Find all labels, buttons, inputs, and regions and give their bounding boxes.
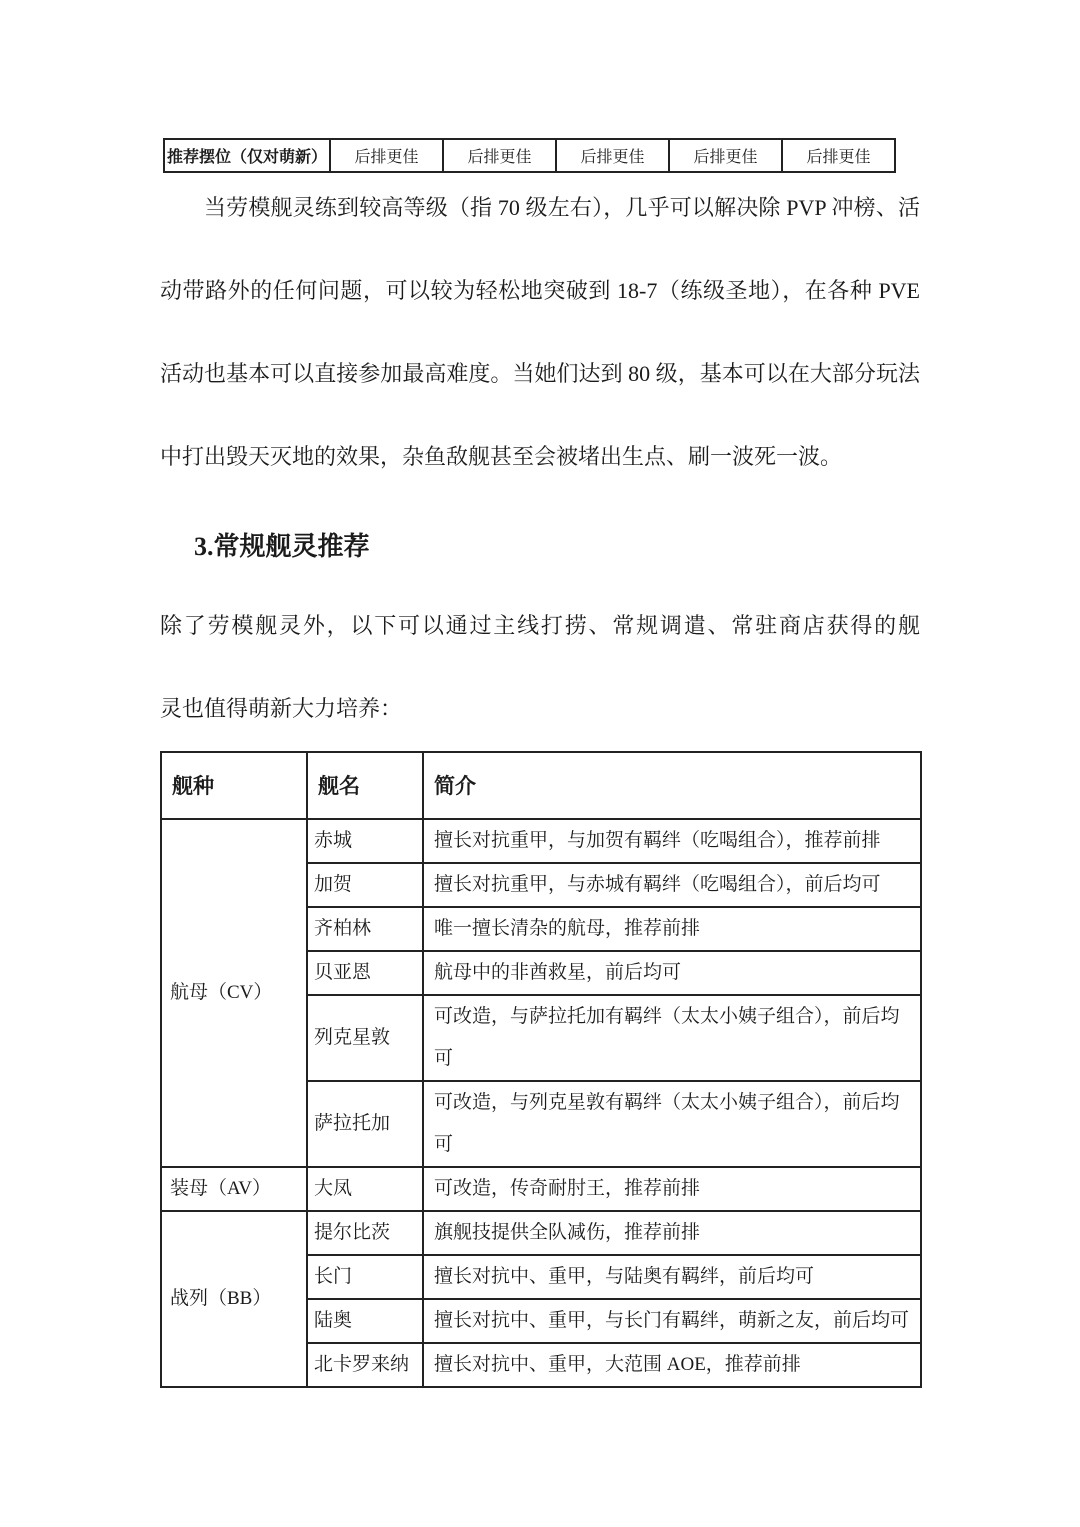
ship-name-cell: 列克星敦: [307, 995, 423, 1081]
paragraph-line: 灵也值得萌新大力培养：: [160, 667, 920, 750]
ship-name-cell: 齐柏林: [307, 907, 423, 951]
paragraph-line: 中打出毁天灭地的效果，杂鱼敌舰甚至会被堵出生点、刷一波死一波。: [160, 415, 920, 498]
ship-recommendation-table: 舰种 舰名 简介 航母（CV） 赤城 擅长对抗重甲，与加贺有羁绊（吃喝组合），推…: [160, 751, 922, 1388]
table-row: 装母（AV） 大凤 可改造，传奇耐肘王，推荐前排: [161, 1167, 921, 1211]
ship-name-cell: 贝亚恩: [307, 951, 423, 995]
ship-desc-cell: 旗舰技提供全队减伤，推荐前排: [423, 1211, 921, 1255]
ship-desc-cell: 可改造，与列克星敦有羁绊（太太小姨子组合），前后均可: [423, 1081, 921, 1167]
column-header-name: 舰名: [307, 752, 423, 819]
ship-name-cell: 提尔比茨: [307, 1211, 423, 1255]
section-heading: 3.常规舰灵推荐: [194, 527, 370, 567]
column-header-desc: 简介: [423, 752, 921, 819]
ship-name-cell: 赤城: [307, 819, 423, 863]
ship-type-cell: 航母（CV）: [161, 819, 307, 1167]
ship-desc-cell: 擅长对抗重甲，与加贺有羁绊（吃喝组合），推荐前排: [423, 819, 921, 863]
paragraph-line: 当劳模舰灵练到较高等级（指 70 级左右），几乎可以解决除 PVP 冲榜、活: [160, 166, 920, 249]
ship-desc-cell: 可改造，传奇耐肘王，推荐前排: [423, 1167, 921, 1211]
ship-name-cell: 加贺: [307, 863, 423, 907]
body-paragraph-2: 除了劳模舰灵外，以下可以通过主线打捞、常规调遣、常驻商店获得的舰 灵也值得萌新大…: [160, 584, 920, 750]
ship-type-cell: 装母（AV）: [161, 1167, 307, 1211]
ship-desc-cell: 唯一擅长清杂的航母，推荐前排: [423, 907, 921, 951]
column-header-type: 舰种: [161, 752, 307, 819]
table-row: 战列（BB） 提尔比茨 旗舰技提供全队减伤，推荐前排: [161, 1211, 921, 1255]
ship-name-cell: 萨拉托加: [307, 1081, 423, 1167]
ship-name-cell: 长门: [307, 1255, 423, 1299]
ship-desc-cell: 擅长对抗中、重甲，与陆奥有羁绊，前后均可: [423, 1255, 921, 1299]
document-page: 推荐摆位（仅对萌新） 后排更佳 后排更佳 后排更佳 后排更佳 后排更佳 当劳模舰…: [0, 0, 1080, 1527]
table-row: 航母（CV） 赤城 擅长对抗重甲，与加贺有羁绊（吃喝组合），推荐前排: [161, 819, 921, 863]
body-paragraph-1: 当劳模舰灵练到较高等级（指 70 级左右），几乎可以解决除 PVP 冲榜、活 动…: [160, 166, 920, 498]
ship-desc-cell: 擅长对抗中、重甲，大范围 AOE，推荐前排: [423, 1343, 921, 1387]
paragraph-line: 除了劳模舰灵外，以下可以通过主线打捞、常规调遣、常驻商店获得的舰: [160, 584, 920, 667]
ship-desc-cell: 可改造，与萨拉托加有羁绊（太太小姨子组合），前后均可: [423, 995, 921, 1081]
ship-desc-cell: 擅长对抗中、重甲，与长门有羁绊，萌新之友，前后均可: [423, 1299, 921, 1343]
ship-desc-cell: 擅长对抗重甲，与赤城有羁绊（吃喝组合），前后均可: [423, 863, 921, 907]
paragraph-line: 动带路外的任何问题，可以较为轻松地突破到 18-7（练级圣地），在各种 PVE: [160, 249, 920, 332]
ship-name-cell: 大凤: [307, 1167, 423, 1211]
paragraph-line: 活动也基本可以直接参加最高难度。当她们达到 80 级，基本可以在大部分玩法: [160, 332, 920, 415]
table-header-row: 舰种 舰名 简介: [161, 752, 921, 819]
ship-name-cell: 陆奥: [307, 1299, 423, 1343]
ship-name-cell: 北卡罗来纳: [307, 1343, 423, 1387]
ship-type-cell: 战列（BB）: [161, 1211, 307, 1387]
ship-desc-cell: 航母中的非酋救星，前后均可: [423, 951, 921, 995]
